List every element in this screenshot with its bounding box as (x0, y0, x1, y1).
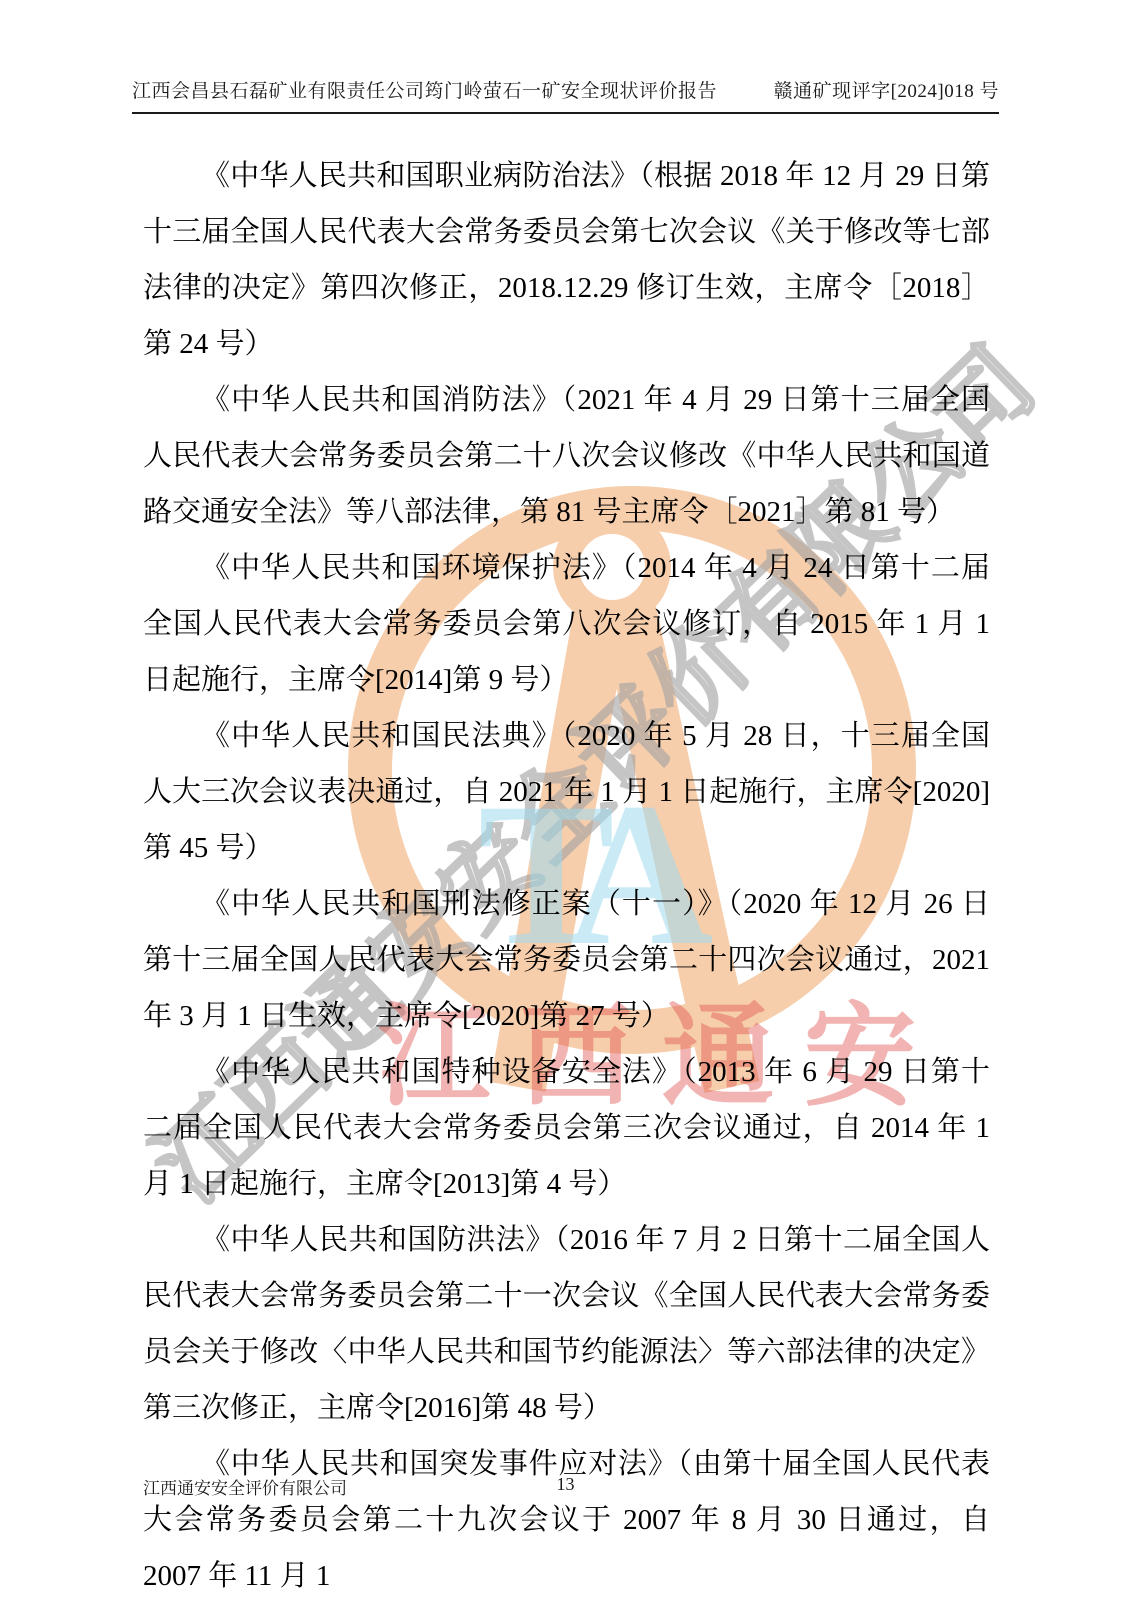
law-paragraph: 《中华人民共和国消防法》（2021 年 4 月 29 日第十三届全国人民代表大会… (143, 372, 990, 540)
page-header: 江西会昌县石磊矿业有限责任公司筠门岭萤石一矿安全现状评价报告 赣通矿现评字[20… (132, 76, 999, 114)
document-body: 《中华人民共和国职业病防治法》（根据 2018 年 12 月 29 日第十三届全… (143, 148, 990, 1600)
law-paragraph: 《中华人民共和国刑法修正案（十一）》（2020 年 12 月 26 日第十三届全… (143, 876, 990, 1044)
header-report-title: 江西会昌县石磊矿业有限责任公司筠门岭萤石一矿安全现状评价报告 (132, 76, 717, 103)
header-doc-number: 赣通矿现评字[2024]018 号 (774, 76, 999, 103)
law-paragraph: 《中华人民共和国职业病防治法》（根据 2018 年 12 月 29 日第十三届全… (143, 148, 990, 372)
document-page: 江西通安安全评价有限公司 TA 江西通安 江西会昌县石磊矿业有限责任公司筠门岭萤… (0, 0, 1131, 1600)
footer-page-number: 13 (0, 1474, 1131, 1495)
law-paragraph: 《中华人民共和国突发事件应对法》（由第十届全国人民代表大会常务委员会第二十九次会… (143, 1436, 990, 1600)
law-paragraph: 《中华人民共和国防洪法》（2016 年 7 月 2 日第十二届全国人民代表大会常… (143, 1212, 990, 1436)
law-paragraph: 《中华人民共和国环境保护法》（2014 年 4 月 24 日第十二届全国人民代表… (143, 540, 990, 708)
law-paragraph: 《中华人民共和国特种设备安全法》（2013 年 6 月 29 日第十二届全国人民… (143, 1044, 990, 1212)
law-paragraph: 《中华人民共和国民法典》（2020 年 5 月 28 日，十三届全国人大三次会议… (143, 708, 990, 876)
